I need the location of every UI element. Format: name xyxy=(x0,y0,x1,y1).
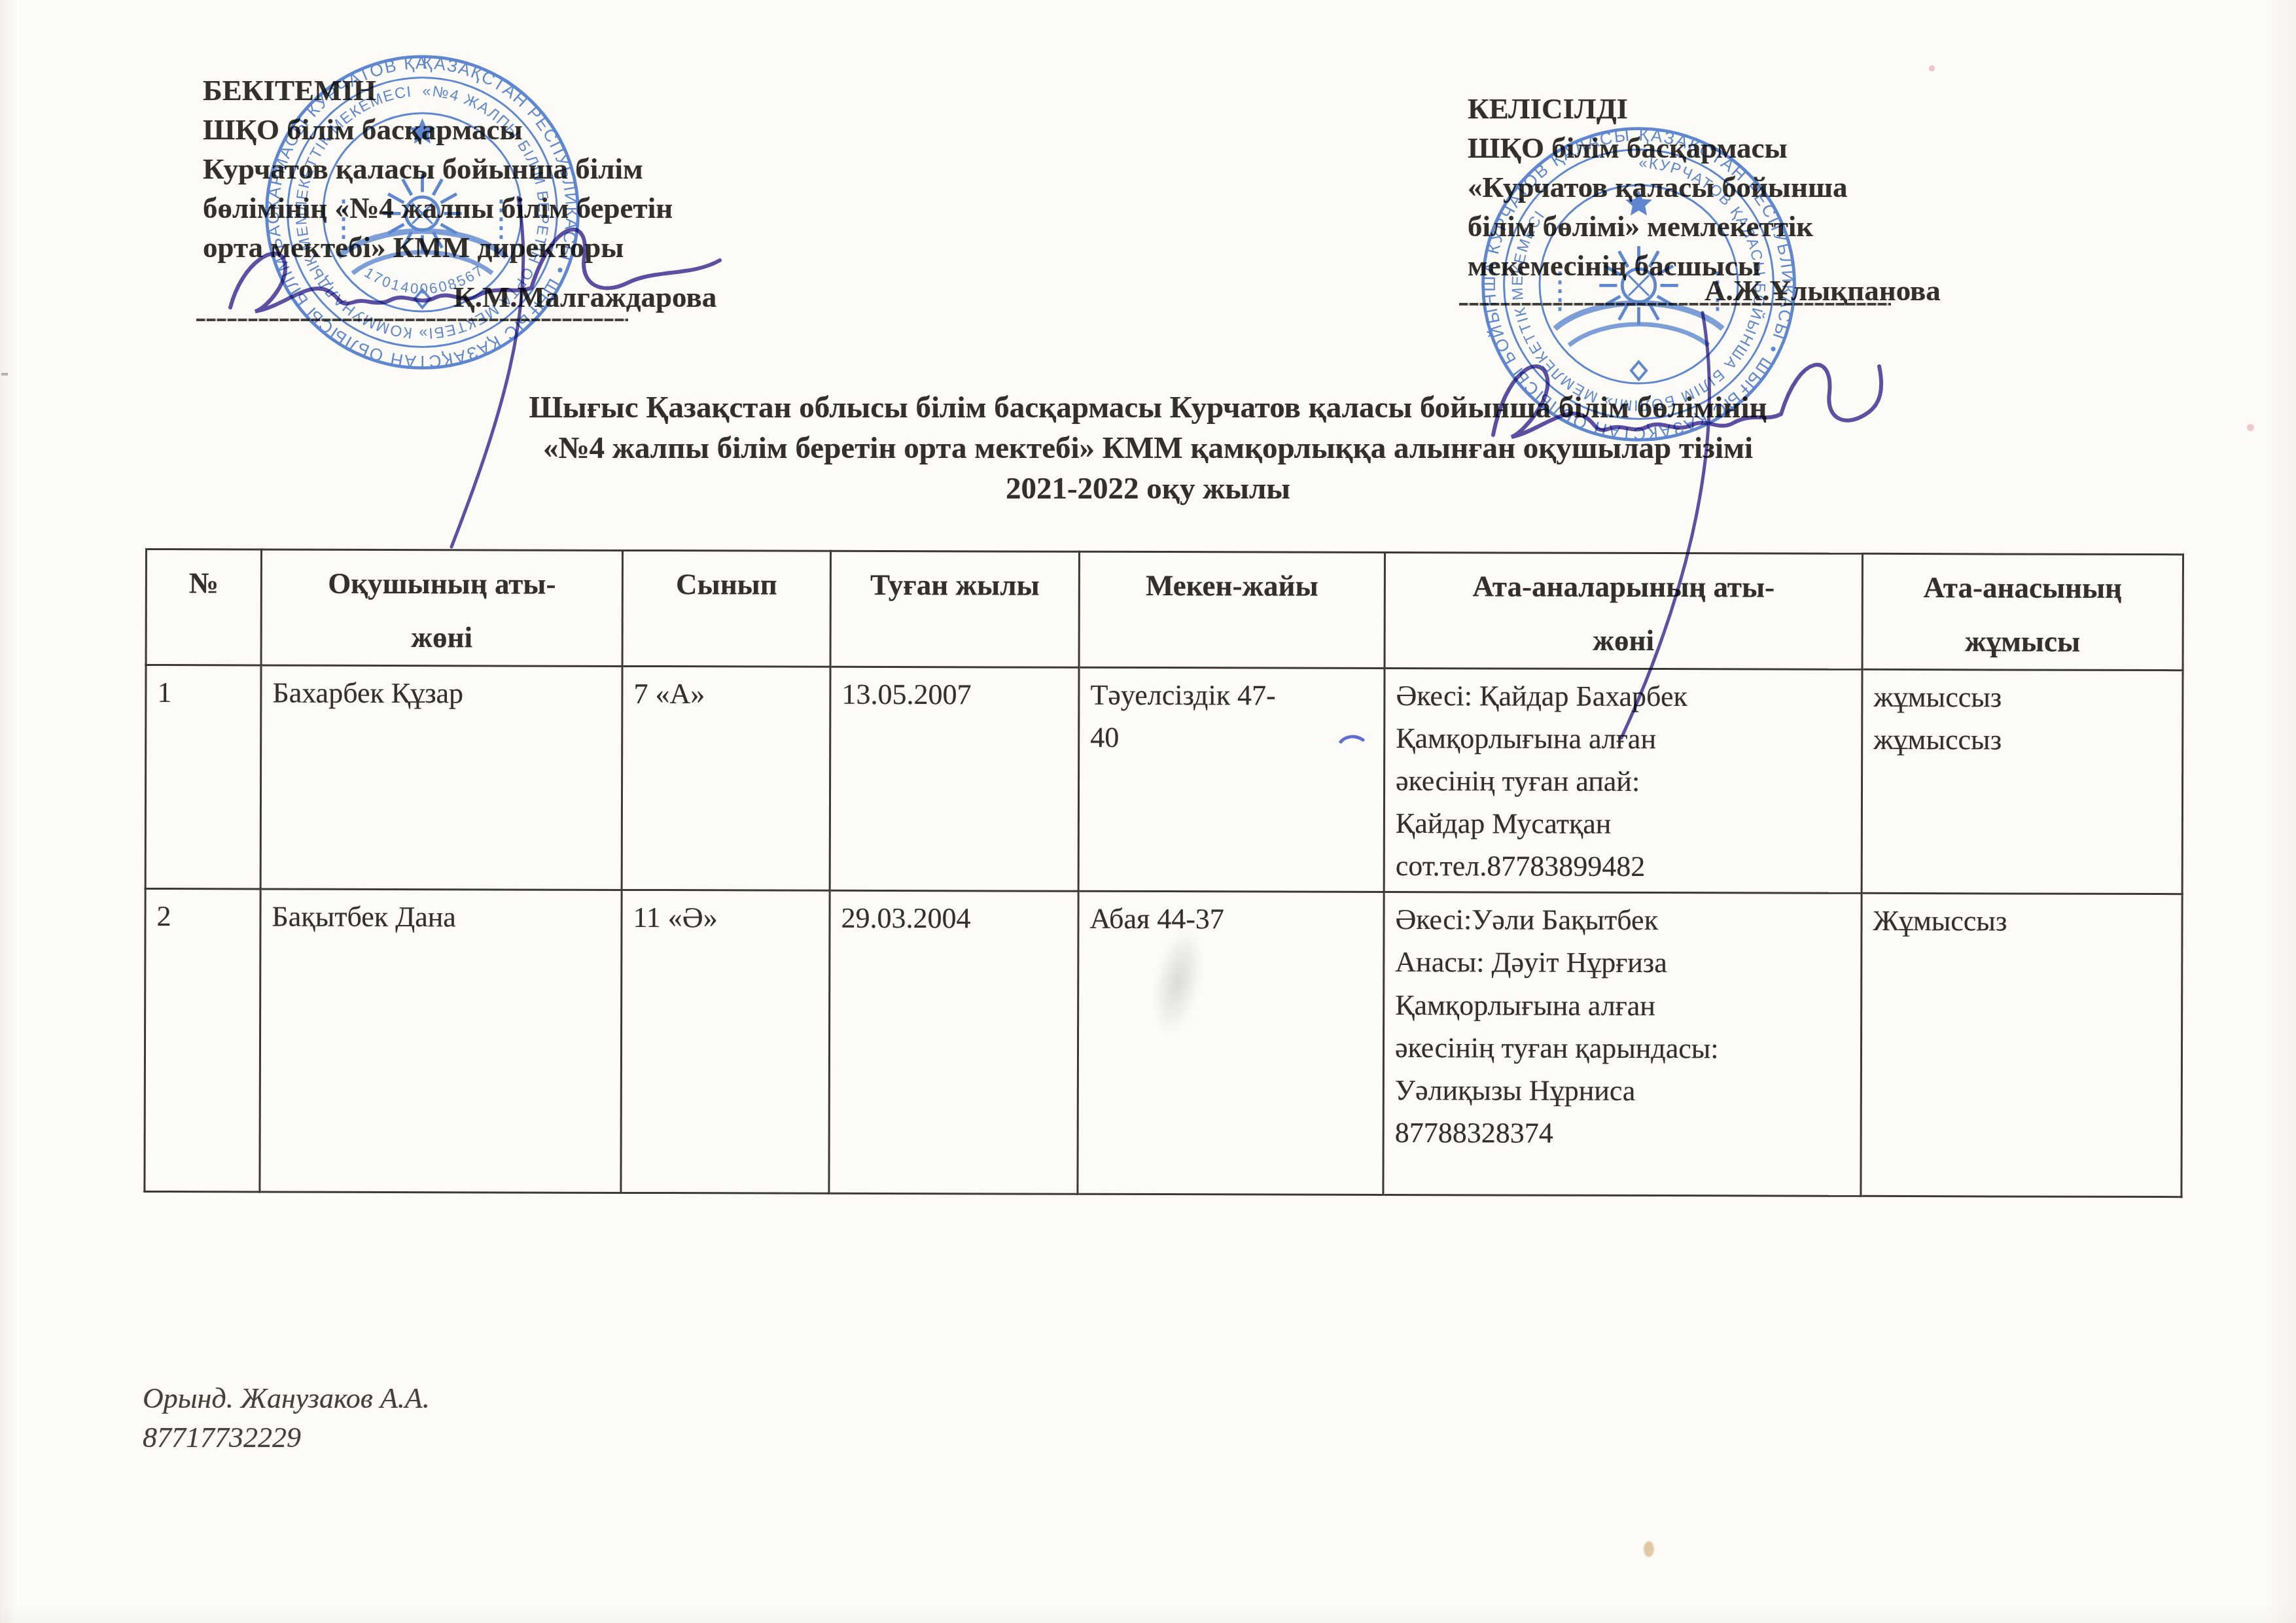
col-header-address: Мекен-жайы xyxy=(1079,551,1385,668)
cell-birth-date: 29.03.2004 xyxy=(829,891,1078,1195)
cell-parents-name: Әкесі:Уәли Бақытбек Анасы: Дәуіт Нұрғиза… xyxy=(1383,892,1862,1196)
cell-class: 7 «А» xyxy=(622,666,830,890)
table-row: 2 Бақытбек Дана 11 «Ә» 29.03.2004 Абая 4… xyxy=(145,889,2182,1197)
cell-class: 11 «Ә» xyxy=(621,890,830,1194)
executor-name: Орынд. Жанузаков А.А. xyxy=(143,1382,430,1415)
col-header-number: № xyxy=(146,550,261,665)
executor-phone: 87717732229 xyxy=(143,1421,301,1454)
cell-number: 1 xyxy=(145,665,261,889)
col-header-birth-date: Туған жылы xyxy=(830,551,1079,667)
handwritten-signature-right xyxy=(1466,288,1963,746)
cell-student-name: Бахарбек Құзар xyxy=(260,665,622,890)
col-header-student-name: Оқушының аты- жөні xyxy=(261,550,622,666)
cell-parents-job: Жұмыссыз xyxy=(1861,894,2182,1197)
cell-birth-date: 13.05.2007 xyxy=(830,667,1079,892)
scan-speck xyxy=(2247,424,2254,431)
cell-student-name: Бақытбек Дана xyxy=(260,889,622,1193)
cell-address: Тәуелсіздік 47- 40 xyxy=(1078,667,1385,892)
scan-speck xyxy=(1929,65,1935,71)
ink-mark xyxy=(1339,733,1365,747)
scan-speck xyxy=(1644,1541,1654,1557)
cell-number: 2 xyxy=(145,889,260,1192)
handwritten-signature-left xyxy=(216,183,739,563)
cell-address: Абая 44-37 xyxy=(1078,892,1384,1195)
scanned-document-page: БЕКІТЕМІН ШҚО білім басқармасы Курчатов … xyxy=(0,0,2296,1623)
col-header-class: Сынып xyxy=(622,550,830,667)
scan-speck xyxy=(1,373,8,375)
